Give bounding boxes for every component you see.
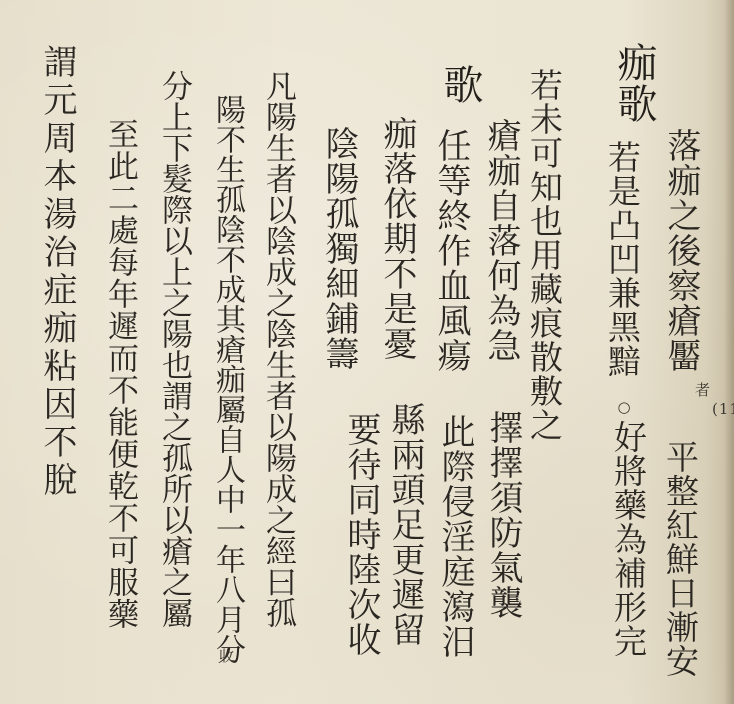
column-1-annotation: 者 [694, 382, 709, 398]
column-7-continuation: 此際侵淫庭瀉汨 [438, 414, 472, 659]
column-1-text: 落痂之後察瘡靨 [661, 128, 701, 373]
column-12: 分上下髮際以上之陽也謂之孤所以瘡之屬 [158, 70, 189, 628]
column-9: 陰陽孤獨細鋪籌 [322, 126, 356, 371]
manuscript-page: 落痂之後察瘡靨 者 (11 平整紅鮮日漸安 痂歌 若是凸凹兼黑黯 ○ 好將藥為補… [0, 0, 734, 704]
column-14: 謂元周本湯治症痂粘因不脫 [40, 44, 74, 500]
column-8-continuation: 縣兩頭足更遲留 [388, 402, 422, 647]
column-3-continuation: 好將藥為補形完 [612, 420, 645, 658]
column-7: 任等終作血風瘍 [434, 128, 468, 373]
column-4: 若未可知也用藏痕散敷之 [528, 68, 561, 442]
heading-jia-ge: 痂歌 [614, 42, 654, 124]
column-3-marker: ○ [616, 398, 631, 417]
column-6: 瘡痂自落何為急 [484, 118, 518, 363]
column-1: 落痂之後察瘡靨 [664, 128, 698, 373]
column-1-continuation: 平整紅鮮日漸安 [664, 440, 697, 678]
column-8: 痂落依期不是憂 [380, 116, 414, 361]
column-10: 凡陽生者以陰成之陰生者以陽成之經曰孤 [262, 70, 293, 628]
column-11: 陽不生孤陰不成其瘡痂屬自人中一年八月分 [212, 94, 242, 664]
column-13: 至此二處每年遲而不能便乾不可服藥 [104, 118, 135, 630]
column-3: 若是凸凹兼黑黯 [606, 140, 639, 378]
margin-note: (11 [712, 402, 734, 417]
heading-ge: 歌 [440, 64, 480, 105]
column-9-continuation: 要待同時陸次收 [344, 412, 378, 657]
page-edge-shadow [724, 0, 734, 704]
column-6-continuation: 擇擇須防氣襲 [486, 410, 520, 620]
column-11-annotation: 收 [218, 648, 233, 664]
